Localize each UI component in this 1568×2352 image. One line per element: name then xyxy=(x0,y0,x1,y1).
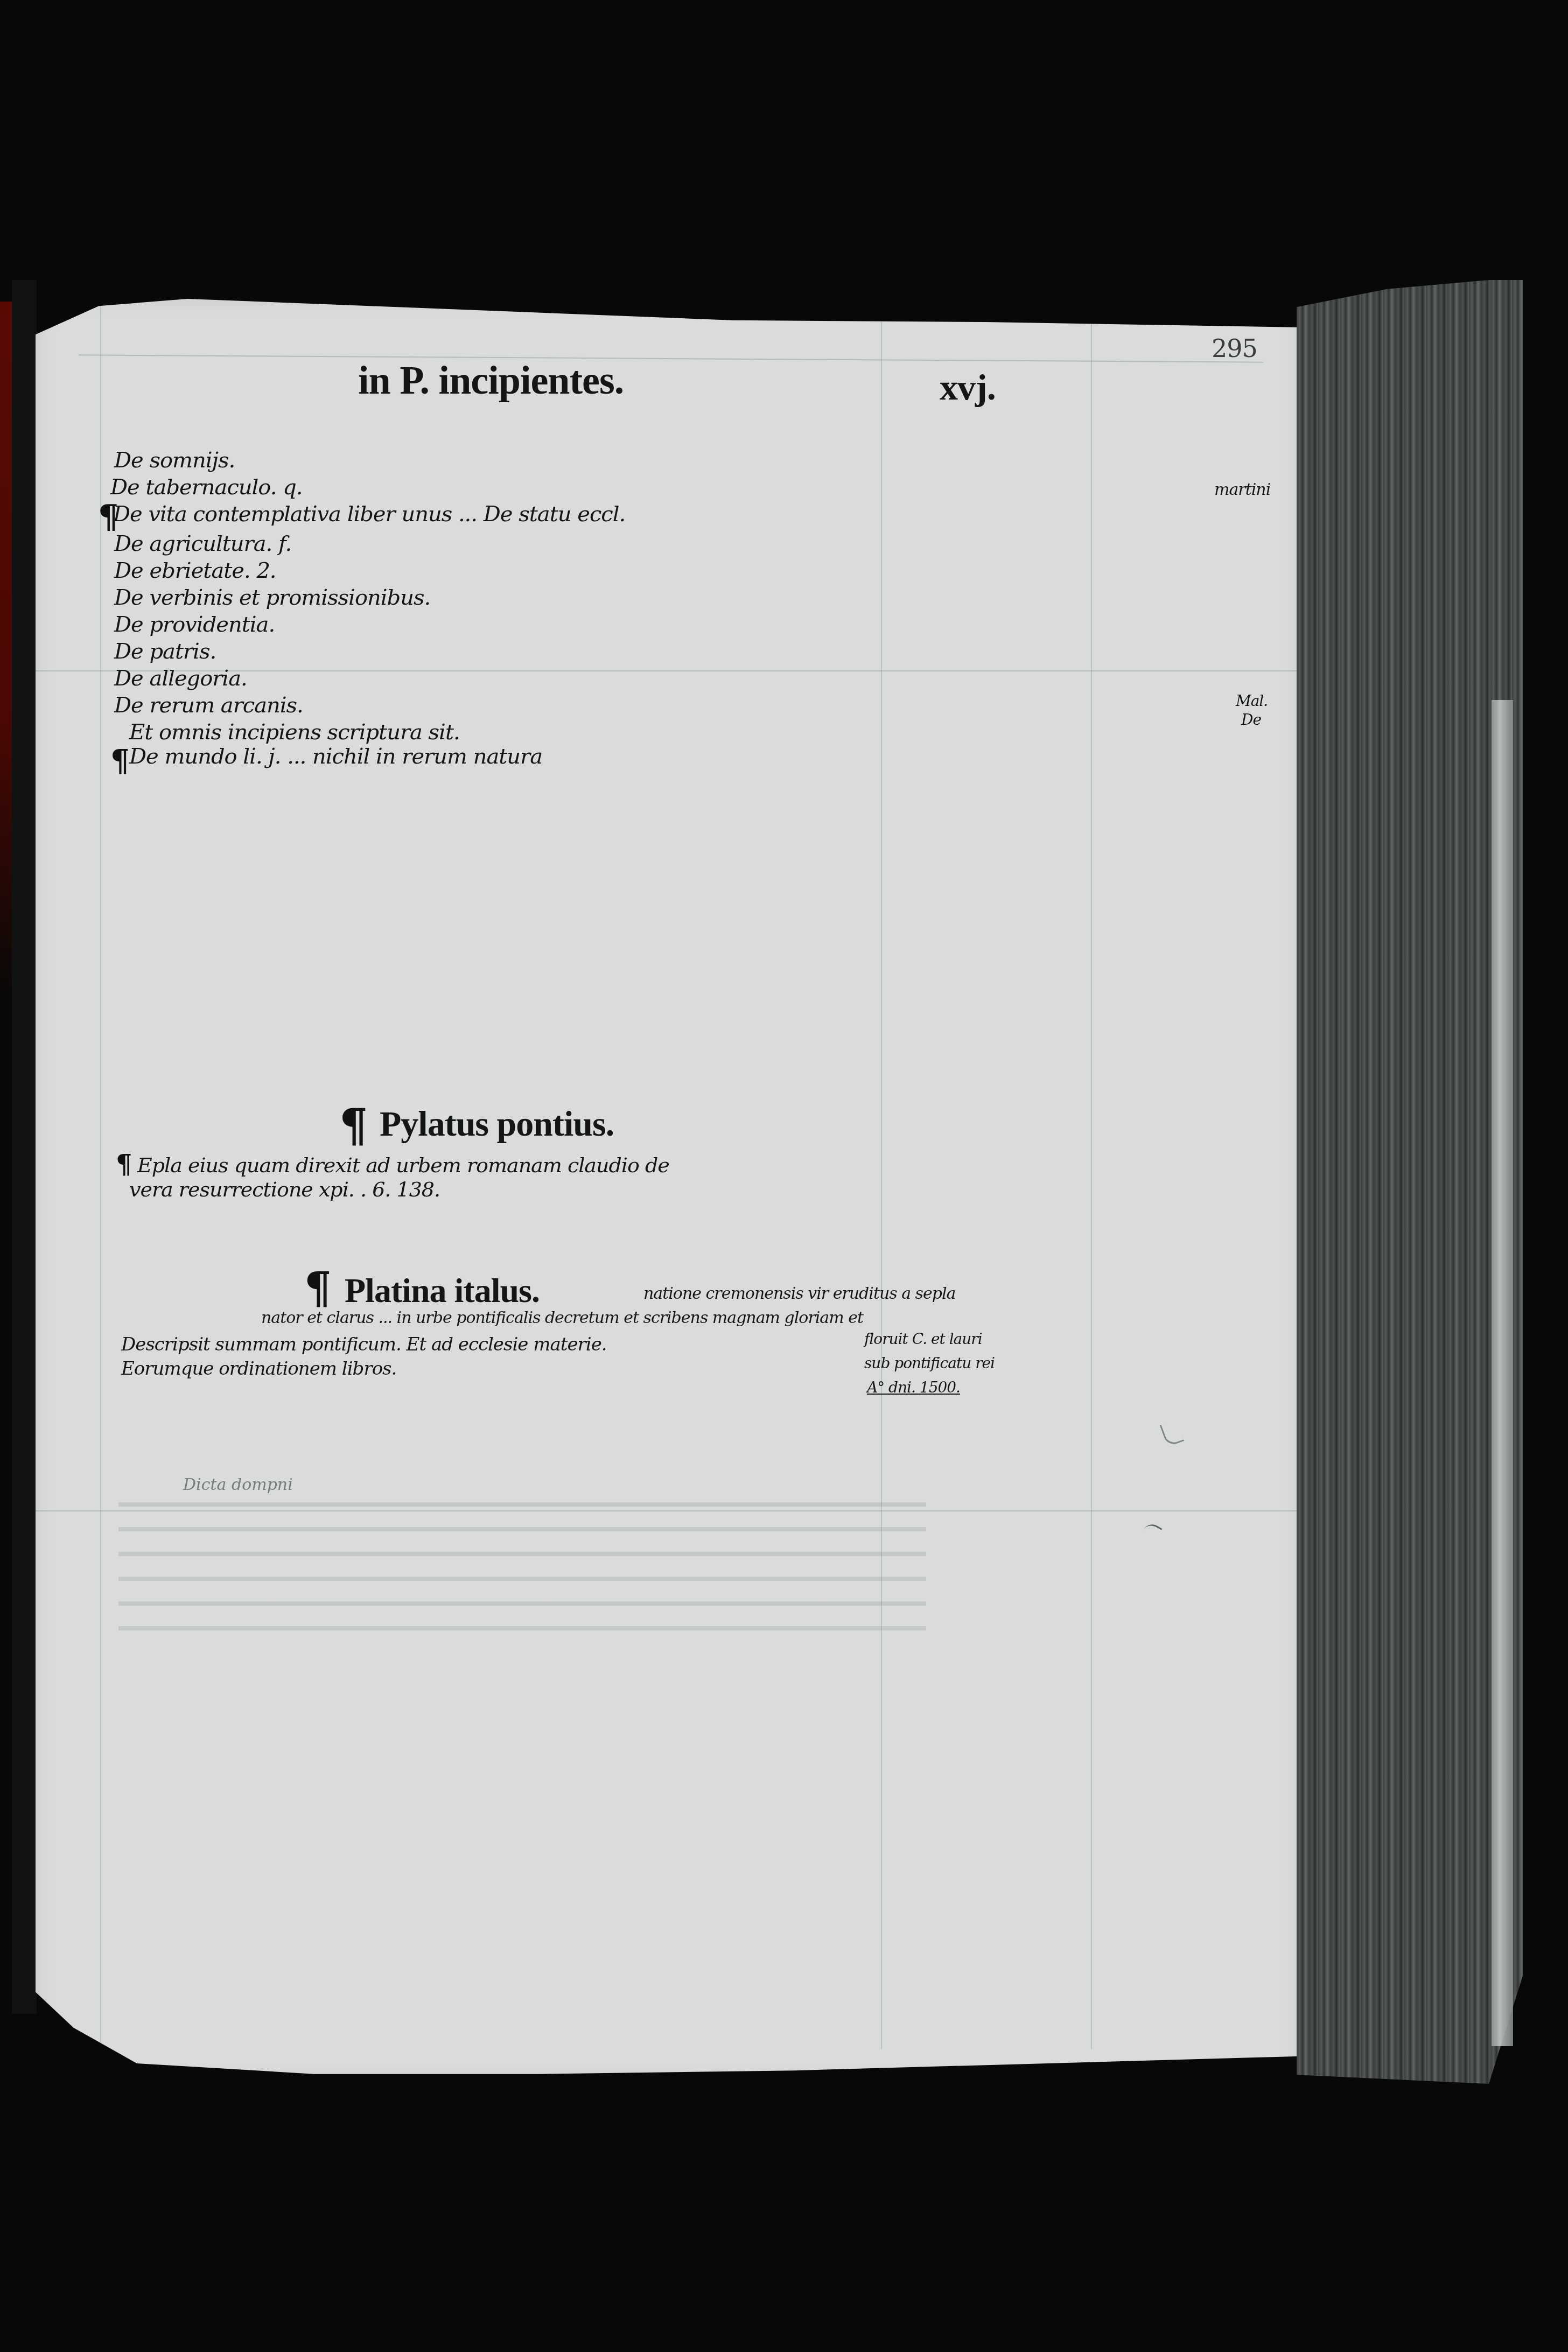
index-entry: De rerum arcanis. xyxy=(114,695,303,716)
index-entry: De verbinis et promissionibus. xyxy=(114,587,430,608)
paragraph-mark: ¶ xyxy=(110,743,130,779)
running-header-title: in P. incipientes. xyxy=(358,358,624,404)
margin-note: Mal. xyxy=(1236,692,1268,710)
side-note-line: floruit C. et lauri xyxy=(864,1330,982,1348)
section-heading: Platina italus. xyxy=(345,1271,540,1311)
bleed-through-text: Dicta dompni xyxy=(183,1475,293,1494)
bleed-through-text xyxy=(118,1502,926,1642)
section-line: Eorumque ordinationem libros. xyxy=(121,1360,396,1378)
index-entry: Et omnis incipiens scriptura sit. xyxy=(129,722,460,743)
index-entry: De tabernaculo. q. xyxy=(110,477,302,498)
margin-note: martini xyxy=(1214,480,1270,499)
running-header-section-number: xvj. xyxy=(940,366,996,409)
index-entry: De vita contemplativa liber unus ... De … xyxy=(113,503,625,525)
section-heading: Pylatus pontius. xyxy=(380,1104,614,1145)
index-entry: De patris. xyxy=(114,641,216,662)
folio-number: 295 xyxy=(1212,334,1257,363)
index-entry: De agricultura. f. xyxy=(114,533,291,555)
paragraph-mark: ¶ xyxy=(304,1263,332,1313)
index-entry: De allegoria. xyxy=(114,668,247,689)
side-note-line: sub pontificatu rei xyxy=(864,1354,995,1372)
index-entry: De somnijs. xyxy=(114,450,235,471)
ruling-line xyxy=(79,354,1263,362)
side-note-line: A° dni. 1500. xyxy=(867,1378,960,1396)
ruling-line xyxy=(1091,299,1092,2049)
section-line: Epla eius quam direxit ad urbem romanam … xyxy=(137,1155,669,1175)
left-binding-edge xyxy=(12,280,37,2014)
ruling-line xyxy=(881,299,882,2049)
index-entry: De mundo li. j. ... nichil in rerum natu… xyxy=(129,746,542,767)
section-line: nator et clarus ... in urbe pontificalis… xyxy=(261,1308,863,1327)
section-line: Descripsit summam pontificum. Et ad eccl… xyxy=(121,1335,607,1354)
paragraph-mark: ¶ xyxy=(339,1098,368,1152)
book-fore-edge xyxy=(1297,280,1523,2084)
book-fore-edge-highlight xyxy=(1492,700,1513,2046)
section-heading-suffix: natione cremonensis vir eruditus a sepla xyxy=(643,1284,955,1303)
index-entry: De ebrietate. 2. xyxy=(114,560,276,582)
index-entry: De providentia. xyxy=(114,614,275,635)
ruling-line xyxy=(100,299,101,2049)
paragraph-mark: ¶ xyxy=(116,1150,132,1180)
section-line: vera resurrectione xpi. . 6. 138. xyxy=(129,1179,440,1200)
margin-note: De xyxy=(1241,711,1261,729)
